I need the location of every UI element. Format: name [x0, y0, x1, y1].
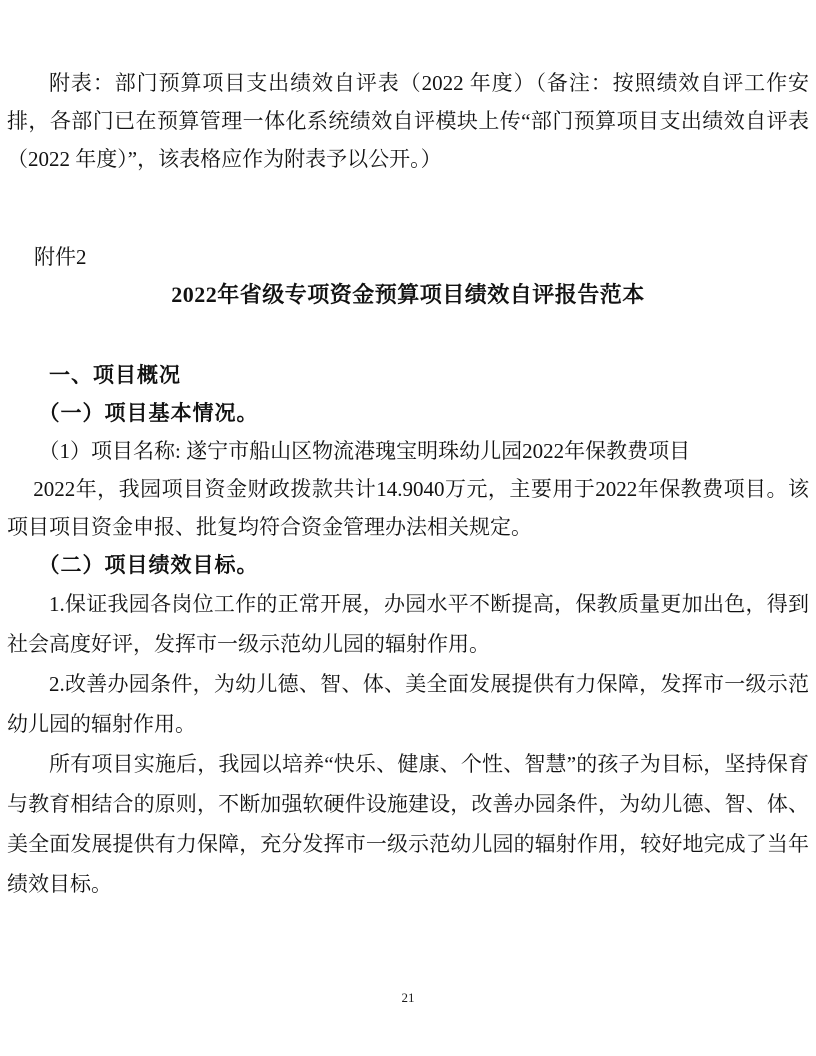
- subsection-heading-basic-info: （一）项目基本情况。: [7, 394, 809, 432]
- document-page: 附表：部门预算项目支出绩效自评表（2022 年度）（备注：按照绩效自评工作安排，…: [0, 0, 816, 1056]
- document-content: 附表：部门预算项目支出绩效自评表（2022 年度）（备注：按照绩效自评工作安排，…: [0, 64, 816, 904]
- performance-goal-2-paragraph: 2.改善办园条件，为幼儿德、智、体、美全面发展提供有力保障，发挥市一级示范幼儿园…: [7, 664, 809, 744]
- performance-goal-1-paragraph: 1.保证我园各岗位工作的正常开展，办园水平不断提高，保教质量更加出色，得到社会高…: [7, 584, 809, 664]
- subsection-heading-performance-goals: （二）项目绩效目标。: [7, 546, 809, 584]
- attachment-note-paragraph: 附表：部门预算项目支出绩效自评表（2022 年度）（备注：按照绩效自评工作安排，…: [7, 64, 809, 178]
- section-heading-project-overview: 一、项目概况: [7, 356, 809, 394]
- goal-summary-paragraph: 所有项目实施后，我园以培养“快乐、健康、个性、智慧”的孩子为目标，坚持保育与教育…: [7, 744, 809, 904]
- project-name-paragraph: （1）项目名称: 遂宁市船山区物流港瑰宝明珠幼儿园2022年保教费项目: [7, 432, 809, 470]
- project-funds-paragraph: 2022年，我园项目资金财政拨款共计14.9040万元，主要用于2022年保教费…: [7, 470, 809, 546]
- document-title: 2022年省级专项资金预算项目绩效自评报告范本: [7, 276, 809, 314]
- page-number: 21: [0, 990, 816, 1006]
- appendix-number-label: 附件2: [7, 238, 809, 276]
